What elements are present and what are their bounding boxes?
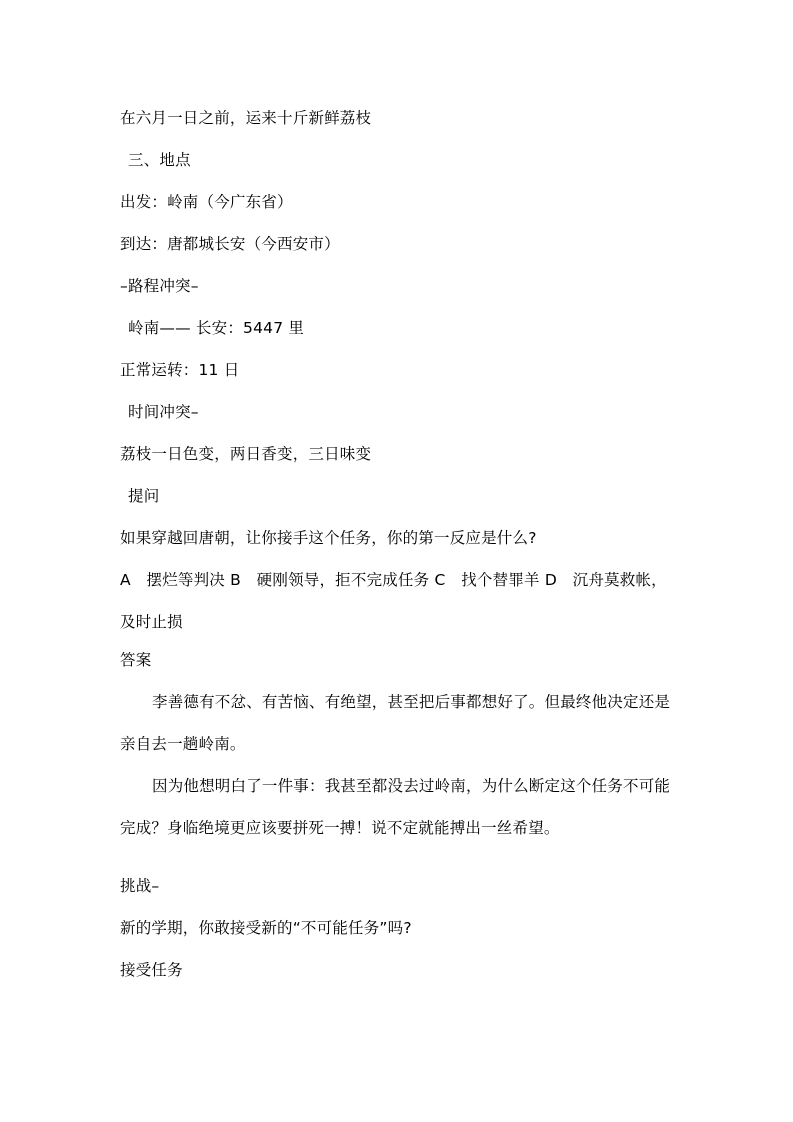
answer-paragraph-1: 李善德有不忿、有苦恼、有绝望，甚至把后事都想好了。但最终他决定还是 (152, 692, 670, 712)
challenge-question: 新的学期，你敢接受新的“不可能任务”吗? (120, 918, 412, 938)
route-conflict-heading: –路程冲突– (120, 276, 199, 296)
arrival-line: 到达：唐都城长安（今西安市） (120, 234, 340, 254)
answer-heading: 答案 (120, 650, 151, 670)
time-conflict-heading: 时间冲突– (128, 402, 199, 422)
answer-options-continued: 及时止损 (120, 612, 183, 632)
answer-paragraph-1-continued: 亲自去一趟岭南。 (120, 734, 246, 754)
normal-transit-line: 正常运转：11 日 (120, 360, 239, 380)
accept-task-line: 接受任务 (120, 960, 183, 980)
document-page: 在六月一日之前，运来十斤新鲜荔枝 三、地点 出发：岭南（今广东省） 到达：唐都城… (0, 0, 793, 1122)
question-text: 如果穿越回唐朝，让你接手这个任务，你的第一反应是什么? (120, 528, 537, 548)
distance-line: 岭南—— 长安：5447 里 (128, 318, 304, 338)
answer-paragraph-2-continued: 完成？身临绝境更应该要拼死一搏！说不定就能搏出一丝希望。 (120, 818, 560, 838)
task-goal-line: 在六月一日之前，运来十斤新鲜荔枝 (120, 108, 371, 128)
section-heading-location: 三、地点 (128, 150, 191, 170)
challenge-heading: 挑战– (120, 876, 159, 896)
lychee-spoil-line: 荔枝一日色变，两日香变，三日味变 (120, 444, 371, 464)
answer-options: A 摆烂等判决 B 硬刚领导，拒不完成任务 C 找个替罪羊 D 沉舟莫救帐， (120, 570, 667, 590)
answer-paragraph-2: 因为他想明白了一件事：我甚至都没去过岭南，为什么断定这个任务不可能 (152, 776, 670, 796)
departure-line: 出发：岭南（今广东省） (120, 192, 293, 212)
question-heading: 提问 (128, 486, 159, 506)
